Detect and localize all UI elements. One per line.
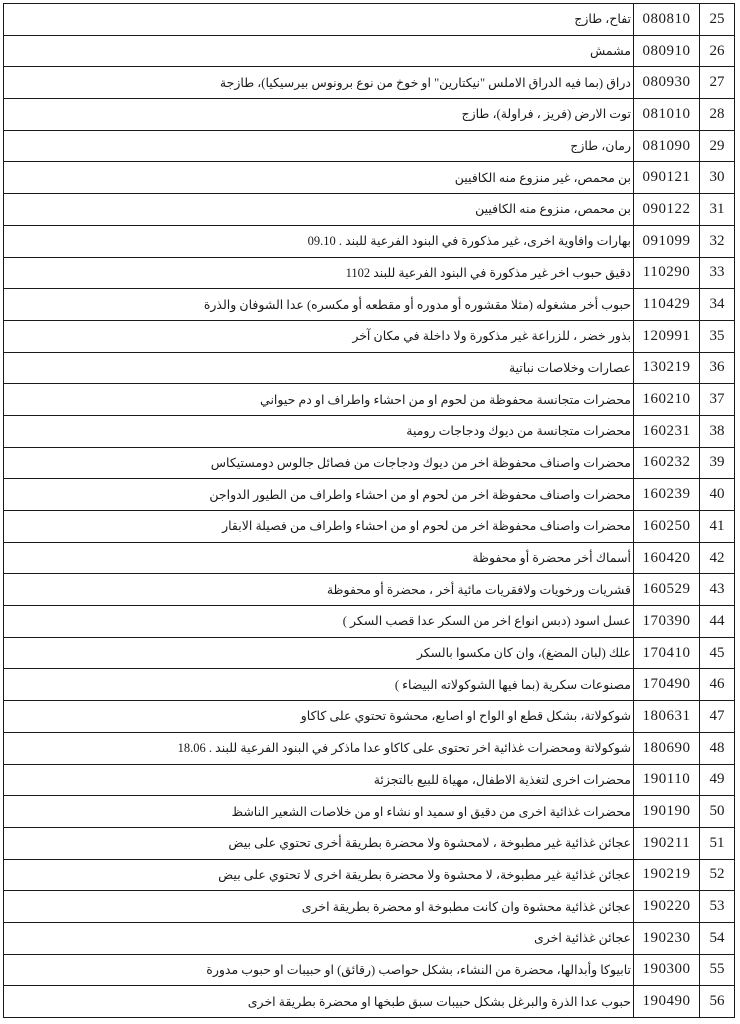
description-cell: توت الارض (فريز ، فراولة)، طازج bbox=[4, 99, 634, 131]
hs-code-cell: 180690 bbox=[634, 732, 700, 764]
row-number-cell: 47 bbox=[700, 701, 735, 733]
hs-code-cell: 081090 bbox=[634, 130, 700, 162]
table-row: 35120991بذور خضر ، للزراعة غير مذكورة ول… bbox=[4, 320, 735, 352]
table-row: 31090122بن محمص، منزوع منه الكافيين bbox=[4, 194, 735, 226]
description-cell: حبوب عدا الذرة والبرغل بشكل حبيبات سبق ط… bbox=[4, 986, 634, 1018]
hs-code-cell: 090122 bbox=[634, 194, 700, 226]
row-number-cell: 55 bbox=[700, 954, 735, 986]
row-number-cell: 27 bbox=[700, 67, 735, 99]
document-page: 25080810تفاح، طازج26080910مشمش27080930در… bbox=[0, 0, 740, 1024]
table-row: 32091099بهارات وافاوية اخرى، غير مذكورة … bbox=[4, 225, 735, 257]
description-cell: بهارات وافاوية اخرى، غير مذكورة في البنو… bbox=[4, 225, 634, 257]
description-cell: رمان، طازج bbox=[4, 130, 634, 162]
table-row: 52190219عجائن غذائية غير مطبوخة، لا محشو… bbox=[4, 859, 735, 891]
table-row: 45170410علك (لبان المضغ)، وان كان مكسوا … bbox=[4, 637, 735, 669]
description-cell: محضرات متجانسة من ديوك ودجاجات رومية bbox=[4, 415, 634, 447]
table-row: 29081090رمان، طازج bbox=[4, 130, 735, 162]
hs-code-cell: 091099 bbox=[634, 225, 700, 257]
hs-code-cell: 160529 bbox=[634, 574, 700, 606]
hs-code-cell: 170490 bbox=[634, 669, 700, 701]
table-row: 48180690شوكولاتة ومحضرات غذائية اخر تحتو… bbox=[4, 732, 735, 764]
description-cell: مصنوعات سكرية (بما فيها الشوكولاته البيض… bbox=[4, 669, 634, 701]
row-number-cell: 39 bbox=[700, 447, 735, 479]
description-cell: أسماك أخر محضرة أو محفوظة bbox=[4, 542, 634, 574]
description-cell: علك (لبان المضغ)، وان كان مكسوا بالسكر bbox=[4, 637, 634, 669]
hs-code-cell: 160231 bbox=[634, 415, 700, 447]
hs-code-cell: 190190 bbox=[634, 796, 700, 828]
table-row: 56190490حبوب عدا الذرة والبرغل بشكل حبيب… bbox=[4, 986, 735, 1018]
hs-code-cell: 190219 bbox=[634, 859, 700, 891]
row-number-cell: 30 bbox=[700, 162, 735, 194]
row-number-cell: 26 bbox=[700, 35, 735, 67]
table-row: 36130219عصارات وخلاصات نباتية bbox=[4, 352, 735, 384]
hs-code-cell: 080910 bbox=[634, 35, 700, 67]
table-row: 44170390عسل اسود (دبس انواع اخر من السكر… bbox=[4, 606, 735, 638]
hs-code-cell: 110290 bbox=[634, 257, 700, 289]
table-row: 25080810تفاح، طازج bbox=[4, 4, 735, 36]
table-row: 33110290دقيق حبوب اخر غير مذكورة في البن… bbox=[4, 257, 735, 289]
row-number-cell: 32 bbox=[700, 225, 735, 257]
table-row: 55190300تابيوكا وأبدالها، محضرة من النشا… bbox=[4, 954, 735, 986]
row-number-cell: 25 bbox=[700, 4, 735, 36]
hs-code-cell: 160250 bbox=[634, 511, 700, 543]
row-number-cell: 37 bbox=[700, 384, 735, 416]
hs-code-cell: 130219 bbox=[634, 352, 700, 384]
description-cell: محضرات متجانسة محفوظة من لحوم او من احشا… bbox=[4, 384, 634, 416]
description-cell: حبوب أخر مشغوله (مثلا مقشوره أو مدوره أو… bbox=[4, 289, 634, 321]
description-cell: محضرات اخرى لتغذية الاطفال، مهياة للبيع … bbox=[4, 764, 634, 796]
description-cell: تابيوكا وأبدالها، محضرة من النشاء، بشكل … bbox=[4, 954, 634, 986]
row-number-cell: 35 bbox=[700, 320, 735, 352]
description-cell: عجائن غذائية غير مطبوخة ، لامحشوة ولا مح… bbox=[4, 827, 634, 859]
description-cell: دراق (بما فيه الدراق الاملس "نيكتارين" ا… bbox=[4, 67, 634, 99]
description-cell: محضرات واصناف محفوظة اخر من ديوك ودجاجات… bbox=[4, 447, 634, 479]
hs-code-cell: 080810 bbox=[634, 4, 700, 36]
hs-code-cell: 160210 bbox=[634, 384, 700, 416]
table-row: 41160250محضرات واصناف محفوظة اخر من لحوم… bbox=[4, 511, 735, 543]
row-number-cell: 38 bbox=[700, 415, 735, 447]
table-row: 27080930دراق (بما فيه الدراق الاملس "نيك… bbox=[4, 67, 735, 99]
table-row: 46170490مصنوعات سكرية (بما فيها الشوكولا… bbox=[4, 669, 735, 701]
table-body: 25080810تفاح، طازج26080910مشمش27080930در… bbox=[4, 4, 735, 1018]
description-cell: عجائن غذائية محشوة وان كانت مطبوخة او مح… bbox=[4, 891, 634, 923]
hs-code-cell: 190490 bbox=[634, 986, 700, 1018]
description-cell: مشمش bbox=[4, 35, 634, 67]
row-number-cell: 41 bbox=[700, 511, 735, 543]
description-cell: محضرات واصناف محفوظة اخر من لحوم او من ا… bbox=[4, 511, 634, 543]
hs-code-cell: 180631 bbox=[634, 701, 700, 733]
hs-code-cell: 080930 bbox=[634, 67, 700, 99]
description-cell: عصارات وخلاصات نباتية bbox=[4, 352, 634, 384]
row-number-cell: 44 bbox=[700, 606, 735, 638]
row-number-cell: 42 bbox=[700, 542, 735, 574]
table-row: 40160239محضرات واصناف محفوظة اخر من لحوم… bbox=[4, 479, 735, 511]
row-number-cell: 48 bbox=[700, 732, 735, 764]
row-number-cell: 40 bbox=[700, 479, 735, 511]
tariff-codes-table: 25080810تفاح، طازج26080910مشمش27080930در… bbox=[3, 3, 735, 1018]
description-cell: شوكولاتة، بشكل قطع او الواح او اصابع، مح… bbox=[4, 701, 634, 733]
table-row: 47180631شوكولاتة، بشكل قطع او الواح او ا… bbox=[4, 701, 735, 733]
tariff-table-container: 25080810تفاح، طازج26080910مشمش27080930در… bbox=[3, 3, 735, 1018]
hs-code-cell: 120991 bbox=[634, 320, 700, 352]
row-number-cell: 49 bbox=[700, 764, 735, 796]
table-row: 34110429حبوب أخر مشغوله (مثلا مقشوره أو … bbox=[4, 289, 735, 321]
row-number-cell: 50 bbox=[700, 796, 735, 828]
row-number-cell: 45 bbox=[700, 637, 735, 669]
description-cell: دقيق حبوب اخر غير مذكورة في البنود الفرع… bbox=[4, 257, 634, 289]
hs-code-cell: 190230 bbox=[634, 922, 700, 954]
hs-code-cell: 190211 bbox=[634, 827, 700, 859]
row-number-cell: 33 bbox=[700, 257, 735, 289]
table-row: 51190211عجائن غذائية غير مطبوخة ، لامحشو… bbox=[4, 827, 735, 859]
hs-code-cell: 081010 bbox=[634, 99, 700, 131]
table-row: 42160420أسماك أخر محضرة أو محفوظة bbox=[4, 542, 735, 574]
description-cell: محضرات واصناف محفوظة اخر من لحوم او من ا… bbox=[4, 479, 634, 511]
description-cell: عسل اسود (دبس انواع اخر من السكر عدا قصب… bbox=[4, 606, 634, 638]
description-cell: بن محمص، منزوع منه الكافيين bbox=[4, 194, 634, 226]
table-row: 50190190محضرات غذائية اخرى من دقيق او سم… bbox=[4, 796, 735, 828]
hs-code-cell: 160420 bbox=[634, 542, 700, 574]
hs-code-cell: 170410 bbox=[634, 637, 700, 669]
row-number-cell: 53 bbox=[700, 891, 735, 923]
description-cell: تفاح، طازج bbox=[4, 4, 634, 36]
hs-code-cell: 190110 bbox=[634, 764, 700, 796]
table-row: 43160529قشريات ورخويات ولافقريات مائية أ… bbox=[4, 574, 735, 606]
row-number-cell: 34 bbox=[700, 289, 735, 321]
hs-code-cell: 160239 bbox=[634, 479, 700, 511]
row-number-cell: 43 bbox=[700, 574, 735, 606]
hs-code-cell: 090121 bbox=[634, 162, 700, 194]
table-row: 30090121بن محمص، غير منزوع منه الكافيين bbox=[4, 162, 735, 194]
description-cell: عجائن غذائية اخرى bbox=[4, 922, 634, 954]
table-row: 26080910مشمش bbox=[4, 35, 735, 67]
row-number-cell: 54 bbox=[700, 922, 735, 954]
hs-code-cell: 110429 bbox=[634, 289, 700, 321]
row-number-cell: 51 bbox=[700, 827, 735, 859]
row-number-cell: 28 bbox=[700, 99, 735, 131]
table-row: 54190230عجائن غذائية اخرى bbox=[4, 922, 735, 954]
row-number-cell: 29 bbox=[700, 130, 735, 162]
table-row: 49190110محضرات اخرى لتغذية الاطفال، مهيا… bbox=[4, 764, 735, 796]
hs-code-cell: 160232 bbox=[634, 447, 700, 479]
description-cell: قشريات ورخويات ولافقريات مائية أخر ، محض… bbox=[4, 574, 634, 606]
table-row: 39160232محضرات واصناف محفوظة اخر من ديوك… bbox=[4, 447, 735, 479]
hs-code-cell: 170390 bbox=[634, 606, 700, 638]
row-number-cell: 36 bbox=[700, 352, 735, 384]
hs-code-cell: 190220 bbox=[634, 891, 700, 923]
hs-code-cell: 190300 bbox=[634, 954, 700, 986]
table-row: 53190220عجائن غذائية محشوة وان كانت مطبو… bbox=[4, 891, 735, 923]
row-number-cell: 52 bbox=[700, 859, 735, 891]
row-number-cell: 46 bbox=[700, 669, 735, 701]
description-cell: بذور خضر ، للزراعة غير مذكورة ولا داخلة … bbox=[4, 320, 634, 352]
description-cell: عجائن غذائية غير مطبوخة، لا محشوة ولا مح… bbox=[4, 859, 634, 891]
row-number-cell: 56 bbox=[700, 986, 735, 1018]
description-cell: بن محمص، غير منزوع منه الكافيين bbox=[4, 162, 634, 194]
description-cell: شوكولاتة ومحضرات غذائية اخر تحتوى على كا… bbox=[4, 732, 634, 764]
table-row: 28081010توت الارض (فريز ، فراولة)، طازج bbox=[4, 99, 735, 131]
row-number-cell: 31 bbox=[700, 194, 735, 226]
table-row: 37160210محضرات متجانسة محفوظة من لحوم او… bbox=[4, 384, 735, 416]
table-row: 38160231محضرات متجانسة من ديوك ودجاجات ر… bbox=[4, 415, 735, 447]
description-cell: محضرات غذائية اخرى من دقيق او سميد او نش… bbox=[4, 796, 634, 828]
